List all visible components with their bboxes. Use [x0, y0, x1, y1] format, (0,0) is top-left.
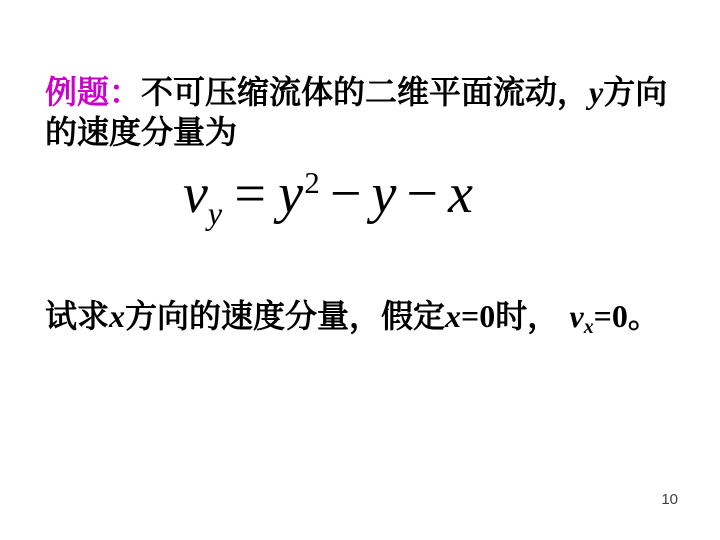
slide-title-line-2: 的速度分量为 — [45, 112, 237, 152]
title-text-before-var: 不可压缩流体的二维平面流动， — [141, 74, 589, 110]
question-variable-v: v — [570, 298, 584, 334]
question-text-3: =0时， — [461, 298, 559, 334]
slide-page-number: 10 — [661, 491, 678, 509]
question-v-subscript-x: x — [584, 316, 594, 338]
equation-term1-exponent-2: 2 — [304, 166, 319, 200]
equation-term2-y: y — [371, 163, 396, 225]
equation-lhs-v: v — [183, 163, 208, 225]
slide-title-line-1: 例题：不可压缩流体的二维平面流动，y方向 — [45, 72, 667, 112]
question-text-2: 方向的速度分量，假定 — [125, 298, 445, 334]
equation-term1-y: y — [278, 163, 303, 225]
question-variable-x-1: x — [109, 298, 125, 334]
title-variable-y: y — [589, 74, 603, 110]
equation-minus-sign-1: − — [330, 163, 362, 225]
question-text-4: =0。 — [594, 298, 660, 334]
equation-term3-x: x — [448, 163, 473, 225]
question-line: 试求x方向的速度分量，假定x=0时，vx=0。 — [45, 296, 660, 341]
title-text-after-var: 方向 — [603, 74, 667, 110]
equation-minus-sign-2: − — [406, 163, 438, 225]
presentation-slide: 例题：不可压缩流体的二维平面流动，y方向 的速度分量为 vy=y2−y−x 试求… — [0, 0, 720, 540]
equation-equals-sign: = — [234, 163, 266, 225]
title-example-label: 例题： — [45, 74, 141, 110]
title-line2-text: 的速度分量为 — [45, 114, 237, 150]
equation-lhs-subscript-y: y — [208, 196, 222, 231]
question-variable-x-2: x — [445, 298, 461, 334]
equation-vy: vy=y2−y−x — [183, 164, 473, 226]
question-text-1: 试求 — [45, 298, 109, 334]
